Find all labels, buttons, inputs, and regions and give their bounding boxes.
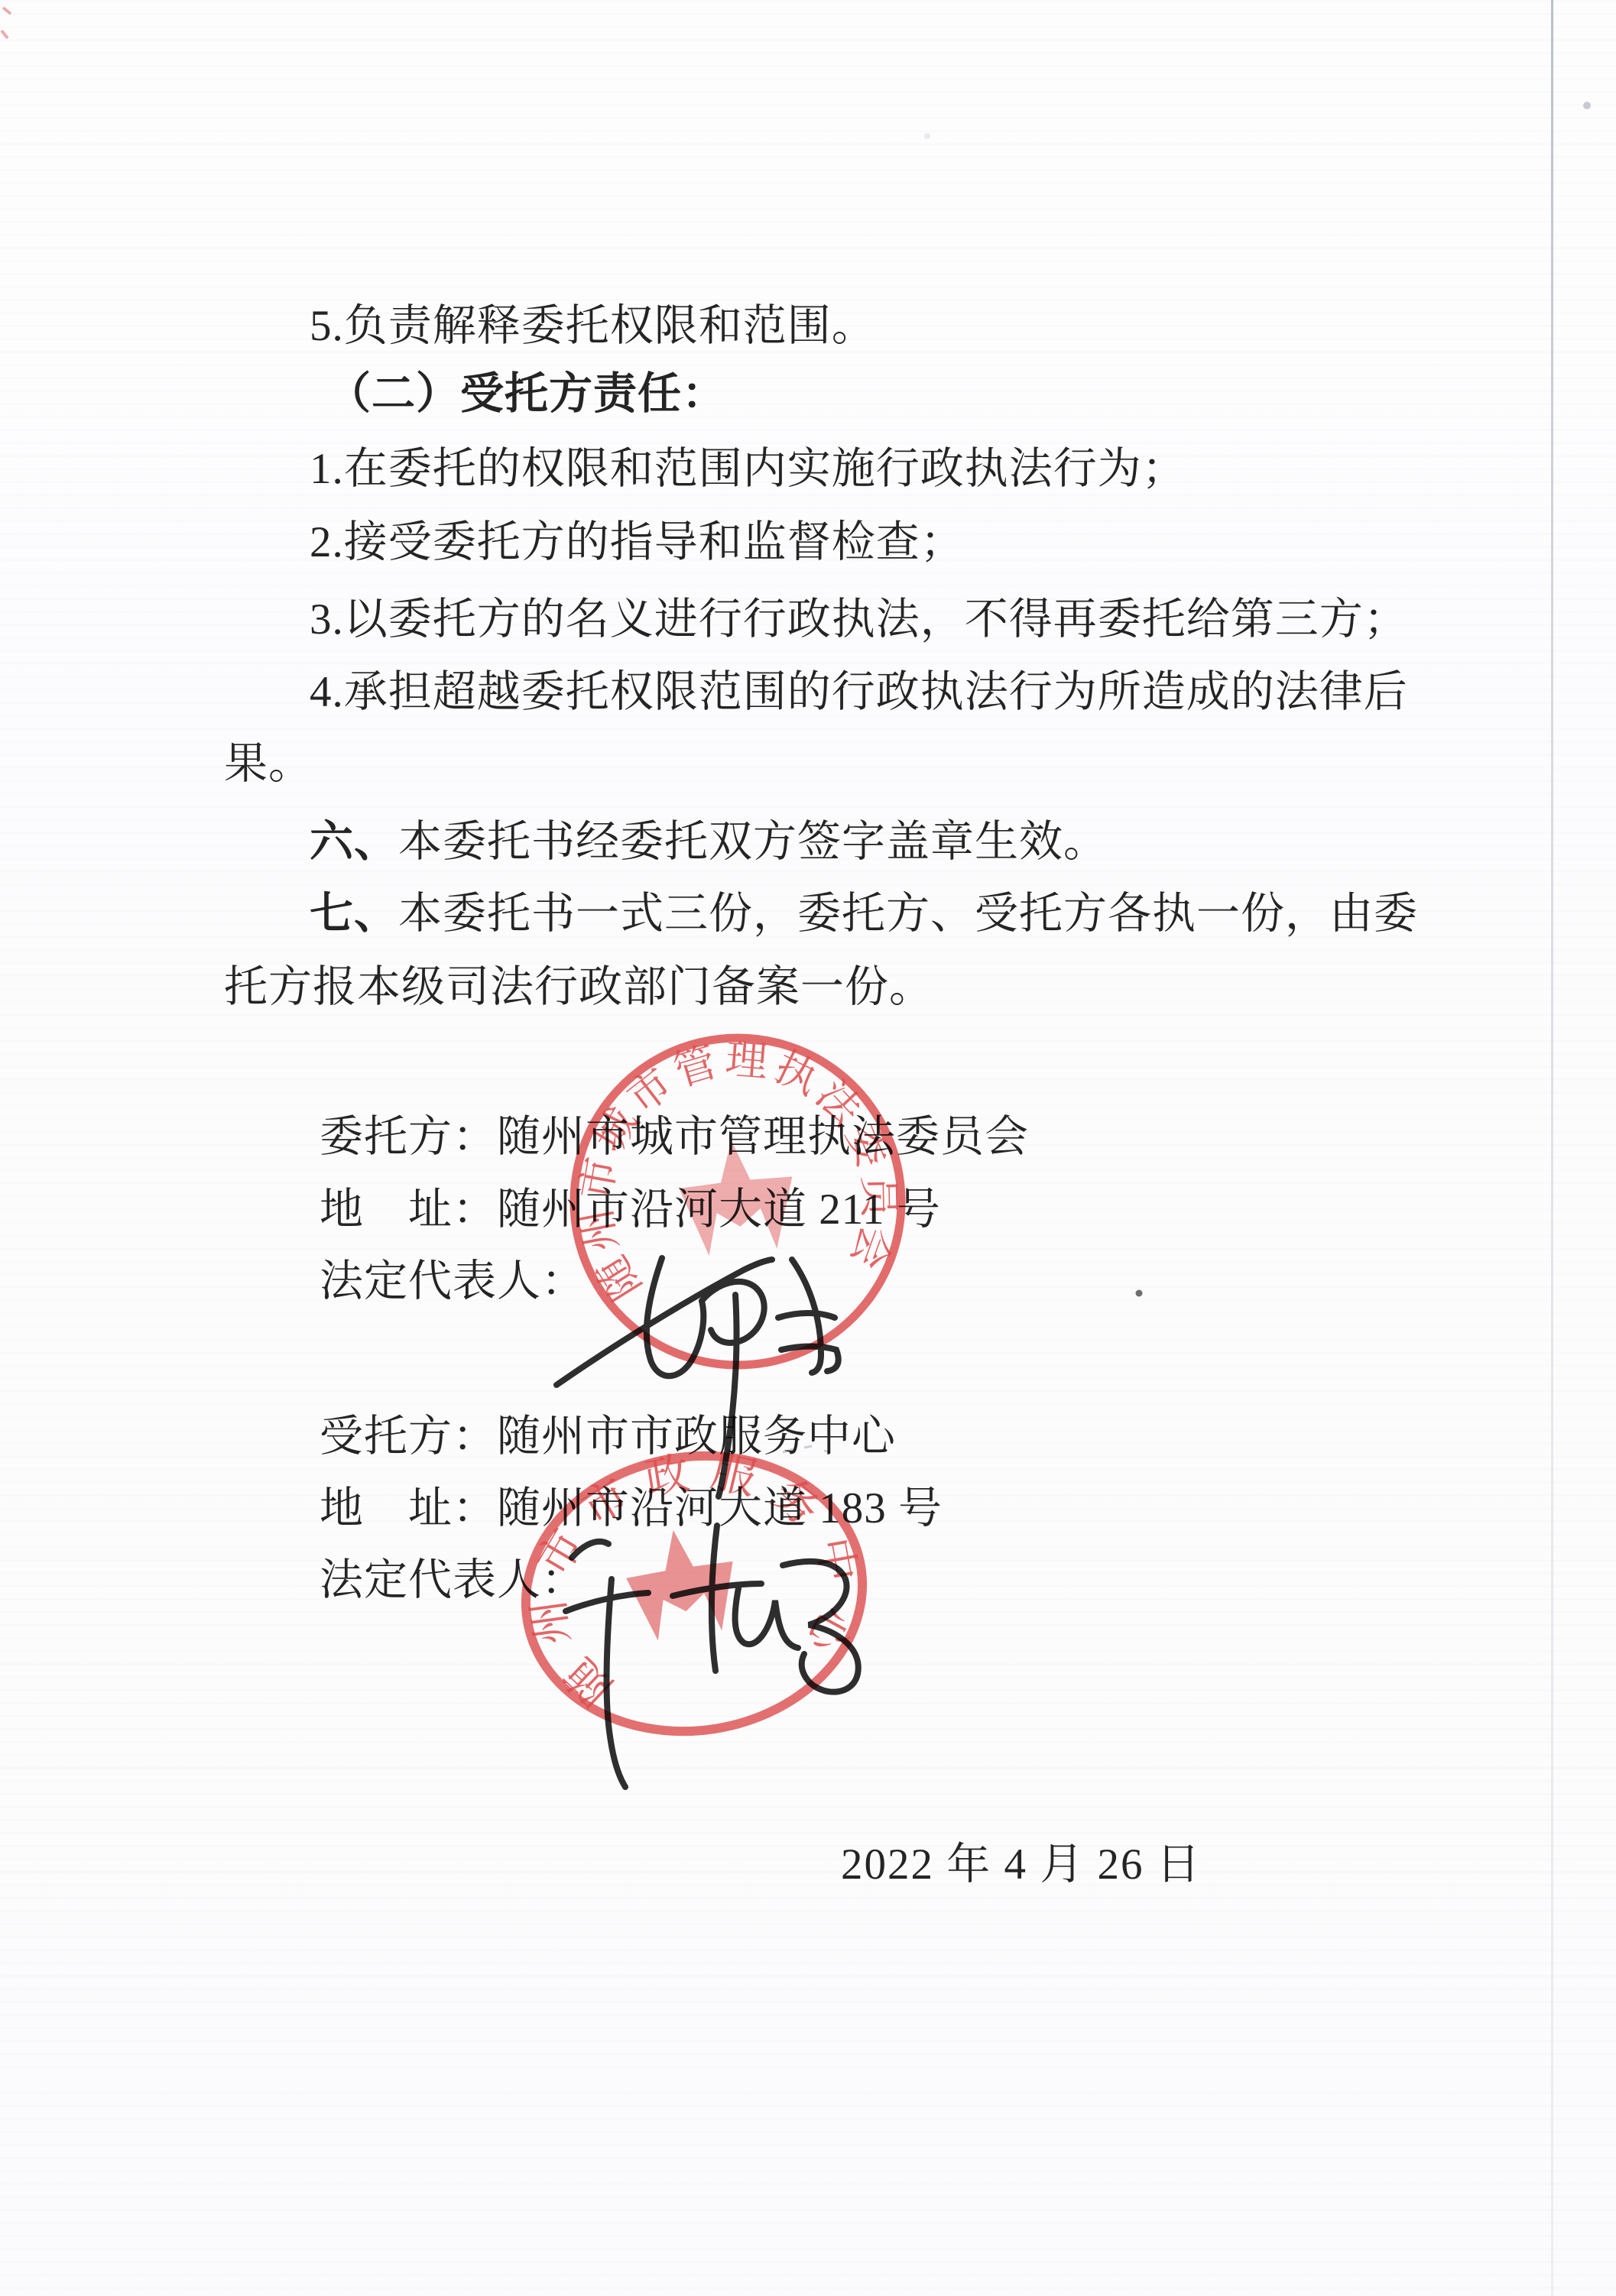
ink-overlay — [0, 0, 1616, 2296]
client-rep-signature — [557, 1258, 839, 1497]
trustee-rep-signature — [566, 1526, 858, 1787]
scan-specks — [2, 8, 1591, 1452]
document-page: 5.负责解释委托权限和范围。 （二）受托方责任： 1.在委托的权限和范围内实施行… — [0, 0, 1616, 2296]
scan-artifact-line — [1551, 0, 1553, 2296]
